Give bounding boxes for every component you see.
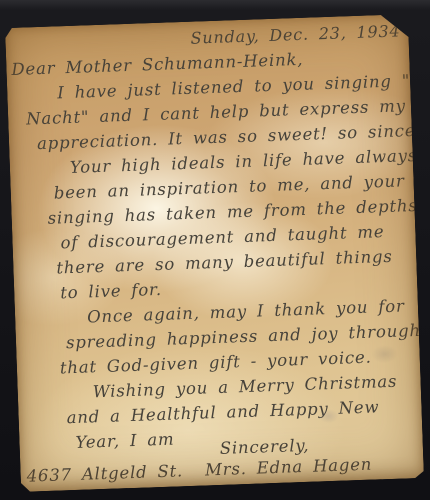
sender-signature: Mrs. Edna Hagen: [205, 452, 373, 483]
letter-paper: Sunday, Dec. 23, 1934 Dear Mother Schuma…: [5, 14, 424, 492]
photo-background: Sunday, Dec. 23, 1934 Dear Mother Schuma…: [0, 0, 430, 500]
letter-body: I have just listened to you singing "Sti…: [7, 68, 423, 457]
sender-address: 4637 Altgeld St.: [26, 458, 183, 488]
